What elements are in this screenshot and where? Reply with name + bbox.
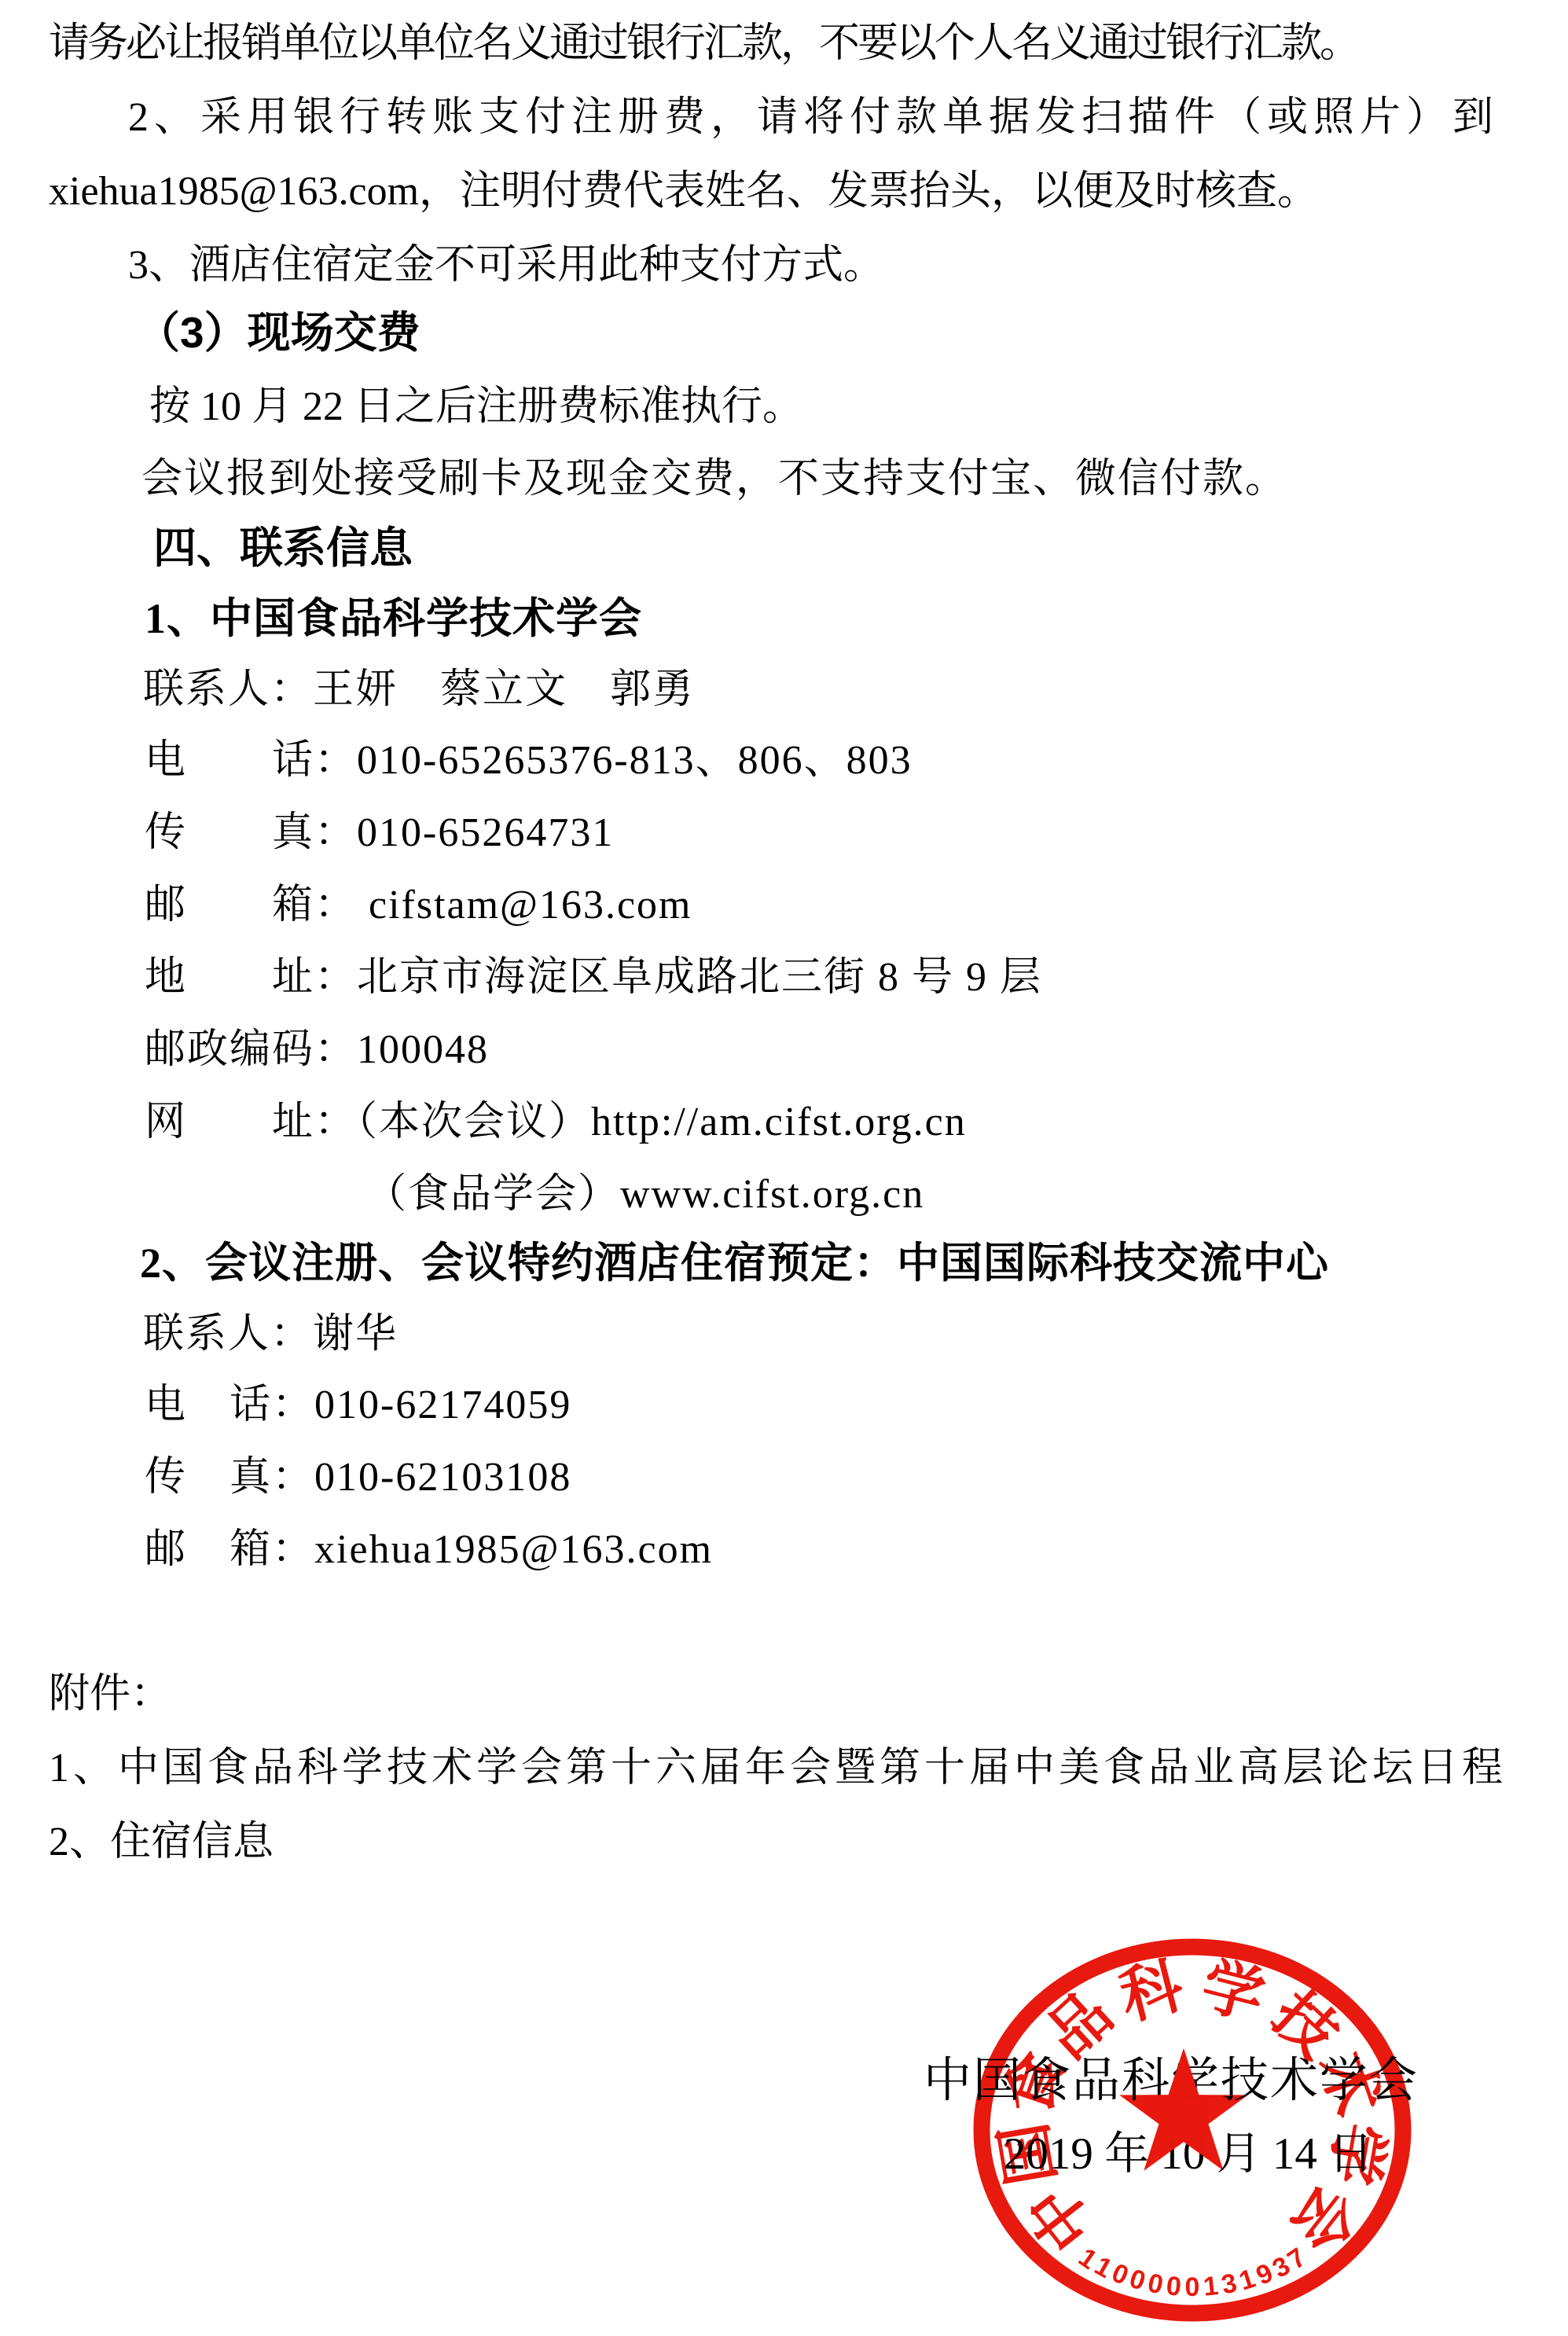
section-heading-contact-info: 四、联系信息: [153, 523, 413, 573]
stamp-star-overlay: [957, 1924, 1428, 2336]
para-bank-transfer-note: 2、采用银行转账支付注册费，请将付款单据发扫描件（或照片）到: [128, 94, 1499, 141]
document-page: 请务必让报销单位以单位名义通过银行汇款，不要以个人名义通过银行汇款。 2、采用银…: [0, 0, 1568, 2336]
para-hotel-deposit-note: 3、酒店住宿定金不可采用此种支付方式。: [128, 242, 884, 289]
para-email-note: xiehua1985@163.com，注明付费代表姓名、发票抬头，以便及时核查。: [49, 168, 1318, 215]
para-bank-remit-note: 请务必让报销单位以单位名义通过银行汇款，不要以个人名义通过银行汇款。: [49, 20, 1358, 68]
org2-fax-line: 传 真：010-62103108: [145, 1454, 571, 1501]
org1-website-line-2: （食品学会）www.cifst.org.cn: [365, 1171, 924, 1218]
org2-contact-person-line: 联系人：谢华: [143, 1311, 398, 1358]
org2-phone-line: 电 话：010-62174059: [145, 1382, 571, 1429]
org1-email-line: 邮 箱： cifstam@163.com: [145, 882, 692, 929]
onsite-payment-method-line: 会议报到处接受刷卡及现金交费，不支持支付宝、微信付款。: [141, 456, 1287, 503]
org1-phone-line: 电 话：010-65265376-813、806、803: [145, 737, 913, 784]
org1-website-line: 网 址：（本次会议）http://am.cifst.org.cn: [145, 1099, 967, 1146]
org1-postcode-line: 邮政编码：100048: [145, 1027, 489, 1074]
stamp-star-ink-overlay: [1119, 2048, 1248, 2171]
onsite-payment-rule-line: 按 10 月 22 日之后注册费标准执行。: [149, 384, 803, 431]
attachments-label: 附件：: [49, 1671, 171, 1718]
section-heading-onsite-payment: （3）现场交费: [137, 308, 420, 358]
org2-email-line: 邮 箱：xiehua1985@163.com: [145, 1526, 713, 1574]
org1-address-line: 地 址：北京市海淀区阜成路北三街 8 号 9 层: [145, 954, 1042, 1001]
org1-heading: 1、中国食品科学技术学会: [145, 594, 642, 643]
org1-contact-person-line: 联系人：王妍 蔡立文 郭勇: [143, 667, 695, 714]
org2-heading: 2、会议注册、会议特约酒店住宿预定：中国国际科技交流中心: [140, 1239, 1329, 1287]
attachment-item-2: 2、住宿信息: [49, 1819, 274, 1866]
attachment-item-1: 1、中国食品科学技术学会第十六届年会暨第十届中美食品业高层论坛日程: [49, 1745, 1507, 1792]
org1-fax-line: 传 真：010-65264731: [145, 810, 614, 857]
